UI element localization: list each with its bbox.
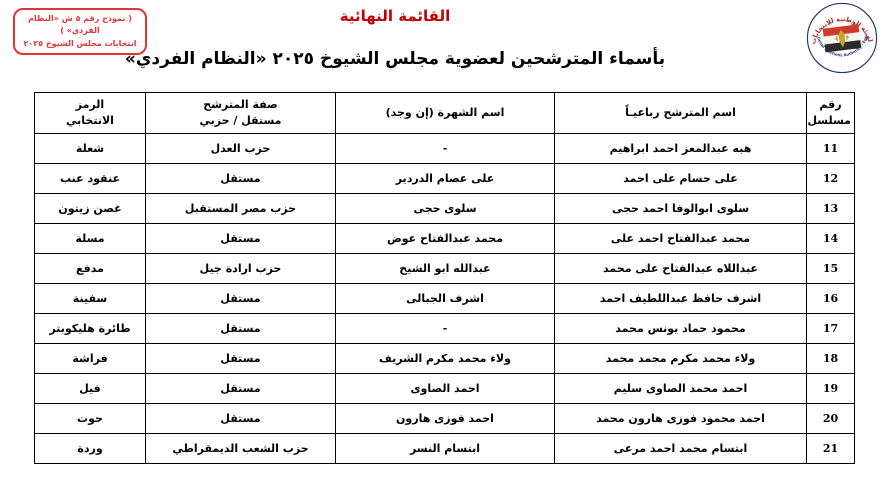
cell-known-name: ولاء محمد مكرم الشريف — [336, 344, 555, 374]
cell-candidate-name: اشرف حافظ عبداللطيف احمد — [555, 284, 807, 314]
cell-known-name: اشرف الجبالى — [336, 284, 555, 314]
page-subtitle: بأسماء المترشحين لعضوية مجلس الشيوخ ٢٠٢٥… — [0, 49, 790, 69]
cell-known-name: - — [336, 134, 555, 164]
cell-electoral-symbol: فراشة — [35, 344, 146, 374]
cell-serial: 11 — [807, 134, 855, 164]
cell-electoral-symbol: مسلة — [35, 224, 146, 254]
table-row: 17 محمود حماد يونس محمد - مستقل طائرة هل… — [35, 314, 855, 344]
cell-electoral-symbol: شعلة — [35, 134, 146, 164]
cell-affiliation: مستقل — [146, 284, 336, 314]
cell-known-name: احمد فوزى هارون — [336, 404, 555, 434]
table-row: 12 على حسام على احمد على عصام الدردير مس… — [35, 164, 855, 194]
cell-serial: 12 — [807, 164, 855, 194]
cell-affiliation: مستقل — [146, 374, 336, 404]
cell-known-name: - — [336, 314, 555, 344]
cell-candidate-name: محمد عبدالفتاح احمد على — [555, 224, 807, 254]
col-header-serial: رقم مسلسل — [807, 93, 855, 134]
table-row: 13 سلوى ابوالوفا احمد حجى سلوى حجى حزب م… — [35, 194, 855, 224]
cell-known-name: محمد عبدالفتاح عوض — [336, 224, 555, 254]
cell-serial: 14 — [807, 224, 855, 254]
cell-electoral-symbol: سفينة — [35, 284, 146, 314]
cell-candidate-name: على حسام على احمد — [555, 164, 807, 194]
cell-candidate-name: احمد محمد الصاوى سليم — [555, 374, 807, 404]
table-row: 16 اشرف حافظ عبداللطيف احمد اشرف الجبالى… — [35, 284, 855, 314]
cell-electoral-symbol: حوت — [35, 404, 146, 434]
table-row: 19 احمد محمد الصاوى سليم احمد الصاوى مست… — [35, 374, 855, 404]
cell-affiliation: حزب ارادة جيل — [146, 254, 336, 284]
cell-electoral-symbol: فيل — [35, 374, 146, 404]
cell-candidate-name: عبداللاه عبدالفتاح على محمد — [555, 254, 807, 284]
col-header-electoral-symbol: الرمز الانتخابي — [35, 93, 146, 134]
table-row: 20 احمد محمود فوزى هارون محمد احمد فوزى … — [35, 404, 855, 434]
cell-electoral-symbol: غصن زيتون — [35, 194, 146, 224]
cell-candidate-name: محمود حماد يونس محمد — [555, 314, 807, 344]
cell-serial: 16 — [807, 284, 855, 314]
cell-electoral-symbol: طائرة هليكوبتر — [35, 314, 146, 344]
cell-serial: 20 — [807, 404, 855, 434]
cell-affiliation: مستقل — [146, 314, 336, 344]
cell-known-name: عبدالله ابو الشيخ — [336, 254, 555, 284]
cell-serial: 15 — [807, 254, 855, 284]
cell-candidate-name: هبه عبدالمعز احمد ابراهيم — [555, 134, 807, 164]
cell-serial: 13 — [807, 194, 855, 224]
page: ( نموذج رقم ٥ ش «النظام الفردي» ) انتخاب… — [0, 0, 886, 496]
nea-logo: الهيئة الوطنية للانتخابات National Elect… — [806, 2, 878, 74]
cell-affiliation: مستقل — [146, 344, 336, 374]
cell-known-name: سلوى حجى — [336, 194, 555, 224]
cell-affiliation: مستقل — [146, 164, 336, 194]
col-header-known-name: اسم الشهرة (إن وجد) — [336, 93, 555, 134]
cell-electoral-symbol: عنقود عنب — [35, 164, 146, 194]
cell-candidate-name: احمد محمود فوزى هارون محمد — [555, 404, 807, 434]
col-header-candidate-name: اسم المترشح رباعيـاً — [555, 93, 807, 134]
cell-affiliation: مستقل — [146, 224, 336, 254]
table-header-row: رقم مسلسل اسم المترشح رباعيـاً اسم الشهر… — [35, 93, 855, 134]
cell-serial: 19 — [807, 374, 855, 404]
cell-known-name: ابتسام النسر — [336, 434, 555, 464]
candidates-table: رقم مسلسل اسم المترشح رباعيـاً اسم الشهر… — [34, 92, 855, 464]
cell-serial: 18 — [807, 344, 855, 374]
table-row: 14 محمد عبدالفتاح احمد على محمد عبدالفتا… — [35, 224, 855, 254]
table-row: 18 ولاء محمد مكرم محمد محمد ولاء محمد مك… — [35, 344, 855, 374]
cell-known-name: احمد الصاوى — [336, 374, 555, 404]
cell-candidate-name: ابتسام محمد احمد مرعى — [555, 434, 807, 464]
cell-affiliation: مستقل — [146, 404, 336, 434]
col-header-affiliation: صفة المترشح مستقل / حزبي — [146, 93, 336, 134]
cell-serial: 17 — [807, 314, 855, 344]
table-row: 15 عبداللاه عبدالفتاح على محمد عبدالله ا… — [35, 254, 855, 284]
cell-candidate-name: سلوى ابوالوفا احمد حجى — [555, 194, 807, 224]
cell-affiliation: حزب الشعب الديمقراطي — [146, 434, 336, 464]
cell-known-name: على عصام الدردير — [336, 164, 555, 194]
table-row: 11 هبه عبدالمعز احمد ابراهيم - حزب العدل… — [35, 134, 855, 164]
cell-affiliation: حزب مصر المستقبل — [146, 194, 336, 224]
page-title: القائمة النهائية — [0, 7, 790, 25]
cell-electoral-symbol: مدفع — [35, 254, 146, 284]
cell-electoral-symbol: وردة — [35, 434, 146, 464]
cell-affiliation: حزب العدل — [146, 134, 336, 164]
table-row: 21 ابتسام محمد احمد مرعى ابتسام النسر حز… — [35, 434, 855, 464]
cell-candidate-name: ولاء محمد مكرم محمد محمد — [555, 344, 807, 374]
cell-serial: 21 — [807, 434, 855, 464]
